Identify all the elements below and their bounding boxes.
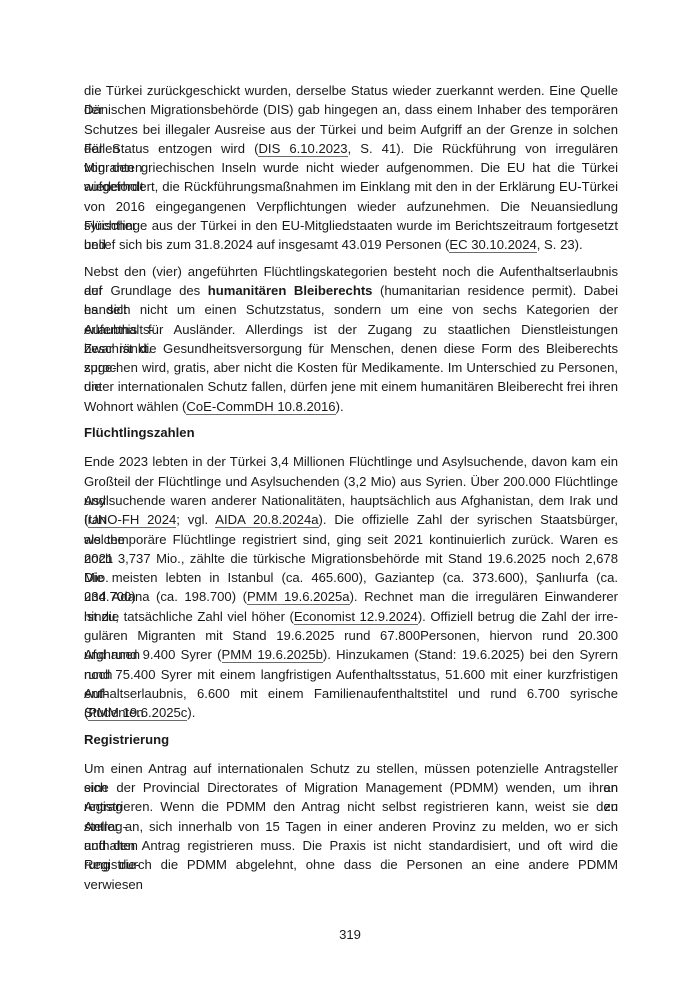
text-line: der Status entzogen wird (DIS 6.10.2023,… xyxy=(84,139,618,158)
text-line: und Adana (ca. 198.700) (PMM 19.6.2025a)… xyxy=(84,587,618,606)
text-line: unter internationalen Schutz fallen, dür… xyxy=(84,377,618,396)
text-line: steller an, sich innerhalb von 15 Tagen … xyxy=(84,817,618,836)
section-heading: Registrierung xyxy=(84,730,618,749)
text-line: (UNO-FH 2024; vgl. AIDA 20.8.2024a). Die… xyxy=(84,510,618,529)
page-number: 319 xyxy=(0,927,700,942)
text-line: Nebst den (vier) angeführten Flüchtlings… xyxy=(84,262,618,281)
text-segment: der Grundlage des xyxy=(84,283,208,298)
text-line: rund 75.400 Syrer mit einem langfristige… xyxy=(84,665,618,684)
text-line: (PMM 19.6.2025c). xyxy=(84,703,618,722)
text-line: Zwar ist die Gesundheitsversorgung für M… xyxy=(84,339,618,358)
text-line: sprochen wird, gratis, aber nicht die Ko… xyxy=(84,358,618,377)
text-segment: belief sich bis zum 31.8.2024 auf insges… xyxy=(84,237,449,252)
citation-link[interactable]: EC 30.10.2024 xyxy=(449,237,536,253)
text-line: der Grundlage des humanitären Bleiberech… xyxy=(84,281,618,300)
text-segment: Ende 2023 lebten in der Türkei 3,4 Milli… xyxy=(84,454,618,469)
text-line: Dänischen Migrationsbehörde (DIS) gab hi… xyxy=(84,100,618,119)
text-line: von den griechischen Inseln wurde nicht … xyxy=(84,158,618,177)
text-segment: und rund 9.400 Syrer ( xyxy=(84,647,222,662)
bold-term: humanitären Bleiberechts xyxy=(208,283,373,298)
paragraph: Um einen Antrag auf internationalen Schu… xyxy=(84,759,618,875)
paragraph: Nebst den (vier) angeführten Flüchtlings… xyxy=(84,262,618,416)
text-segment: der Status entzogen wird ( xyxy=(84,141,258,156)
text-segment: Dänischen Migrationsbehörde (DIS) gab hi… xyxy=(84,102,618,117)
text-segment: ). xyxy=(187,705,195,720)
text-line: gulären Migranten mit Stand 19.6.2025 ru… xyxy=(84,626,618,645)
text-line: ist die tatsächliche Zahl viel höher (Ec… xyxy=(84,607,618,626)
text-line: enthaltserlaubnis, 6.600 mit einem Famil… xyxy=(84,684,618,703)
text-line: erlaubnis für Ausländer. Allerdings ist … xyxy=(84,320,618,339)
text-line: Asylsuchende waren anderer Nationalitäte… xyxy=(84,491,618,510)
text-line: Die meisten lebten in Istanbul (ca. 465.… xyxy=(84,568,618,587)
citation-link[interactable]: AIDA 20.8.2024a xyxy=(215,512,318,528)
text-line: und rund 9.400 Syrer (PMM 19.6.2025b). H… xyxy=(84,645,618,664)
text-segment: Wohnort wählen ( xyxy=(84,399,186,414)
text-line: als temporäre Flüchtlinge registriert si… xyxy=(84,530,618,549)
text-line: registrieren. Wenn die PDMM den Antrag n… xyxy=(84,797,618,816)
text-line: und den Antrag registrieren muss. Die Pr… xyxy=(84,836,618,855)
paragraph: Ende 2023 lebten in der Türkei 3,4 Milli… xyxy=(84,452,618,722)
text-line: noch 3,737 Mio., zählte die türkische Mi… xyxy=(84,549,618,568)
document-page: die Türkei zurückgeschickt wurden, derse… xyxy=(84,81,618,882)
text-line: die Türkei zurückgeschickt wurden, derse… xyxy=(84,81,618,100)
text-line: belief sich bis zum 31.8.2024 auf insges… xyxy=(84,235,618,254)
section-heading: Flüchtlingszahlen xyxy=(84,423,618,442)
paragraph: die Türkei zurückgeschickt wurden, derse… xyxy=(84,81,618,255)
text-segment: unter internationalen Schutz fallen, dür… xyxy=(84,379,618,394)
citation-link[interactable]: PMM 19.6.2025c xyxy=(88,705,187,721)
text-segment: , S. 23). xyxy=(537,237,583,252)
text-segment: ). Offiziell betrug die Zahl der irre- xyxy=(418,609,618,624)
text-line: Um einen Antrag auf internationalen Schu… xyxy=(84,759,618,778)
text-line: Flüchtlinge aus der Türkei in den EU-Mit… xyxy=(84,216,618,235)
citation-link[interactable]: PMM 19.6.2025a xyxy=(247,589,350,605)
text-line: Ende 2023 lebten in der Türkei 3,4 Milli… xyxy=(84,452,618,471)
text-segment: rung durch die PDMM abgelehnt, ohne dass… xyxy=(84,857,618,891)
citation-link[interactable]: UNO-FH 2024 xyxy=(88,512,176,528)
citation-link[interactable]: DIS 6.10.2023 xyxy=(258,141,347,157)
text-line: rung durch die PDMM abgelehnt, ohne dass… xyxy=(84,855,618,874)
citation-link[interactable]: Economist 12.9.2024 xyxy=(294,609,418,625)
text-segment: aufgefordert, die Rückführungsmaßnahmen … xyxy=(84,179,618,194)
text-line: aufgefordert, die Rückführungsmaßnahmen … xyxy=(84,177,618,196)
text-segment: ; vgl. xyxy=(176,512,215,527)
citation-link[interactable]: PMM 19.6.2025b xyxy=(222,647,323,663)
text-line: Großteil der Flüchtlinge und Asylsuchend… xyxy=(84,472,618,491)
text-segment: ). xyxy=(336,399,344,414)
text-line: Wohnort wählen (CoE-CommDH 10.8.2016). xyxy=(84,397,618,416)
text-segment: und Adana (ca. 198.700) ( xyxy=(84,589,247,604)
text-line: eine der Provincial Directorates of Migr… xyxy=(84,778,618,797)
text-line: von 2016 eingegangenen Verpflichtungen w… xyxy=(84,197,618,216)
text-line: Schutzes bei illegaler Ausreise aus der … xyxy=(84,120,618,139)
citation-link[interactable]: CoE-CommDH 10.8.2016 xyxy=(186,399,335,415)
text-line: es sich nicht um einen Schutzstatus, son… xyxy=(84,300,618,319)
text-segment: ist die tatsächliche Zahl viel höher ( xyxy=(84,609,294,624)
